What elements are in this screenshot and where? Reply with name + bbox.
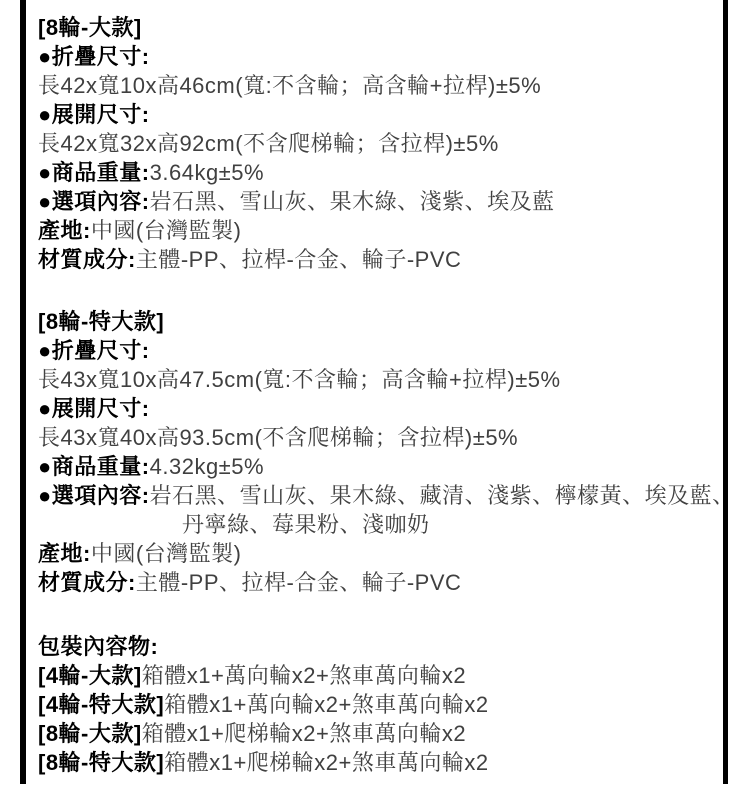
origin-row: 產地:中國(台灣監製) <box>38 539 710 568</box>
package-item-label: [4輪-大款] <box>38 663 142 688</box>
model-title: [8輪-特大款] <box>38 309 164 334</box>
material-label: 材質成分: <box>38 247 136 272</box>
package-item-row: [8輪-特大款]箱體x1+爬梯輪x2+煞車萬向輪x2 <box>38 748 710 777</box>
weight-label: ●商品重量: <box>38 454 150 479</box>
open-size-value: 長43x寬40x高93.5cm(不含爬梯輪；含拉桿)±5% <box>38 425 518 450</box>
origin-label: 產地: <box>38 218 91 243</box>
section-package-contents: 包裝內容物: [4輪-大款]箱體x1+萬向輪x2+煞車萬向輪x2 [4輪-特大款… <box>38 632 710 777</box>
model-title-row: [8輪-特大款] <box>38 307 710 336</box>
options-row: ●選項內容:岩石黑、雪山灰、果木綠、藏清、淺紫、檸檬黃、埃及藍、 <box>38 481 710 510</box>
fold-size-value: 長42x寬10x高46cm(寬:不含輪；高含輪+拉桿)±5% <box>38 73 541 98</box>
open-size-value-row: 長43x寬40x高93.5cm(不含爬梯輪；含拉桿)±5% <box>38 423 710 452</box>
material-value: 主體-PP、拉桿-合金、輪子-PVC <box>136 570 462 595</box>
package-item-value: 箱體x1+爬梯輪x2+煞車萬向輪x2 <box>164 750 488 775</box>
material-label: 材質成分: <box>38 570 136 595</box>
material-row: 材質成分:主體-PP、拉桿-合金、輪子-PVC <box>38 568 710 597</box>
section-8wheel-large: [8輪-大款] ●折疊尺寸: 長42x寬10x高46cm(寬:不含輪；高含輪+拉… <box>38 13 710 274</box>
fold-size-label-row: ●折疊尺寸: <box>38 336 710 365</box>
package-item-label: [8輪-大款] <box>38 721 142 746</box>
package-item-value: 箱體x1+爬梯輪x2+煞車萬向輪x2 <box>142 721 466 746</box>
options-continuation-row: 丹寧綠、莓果粉、淺咖奶 <box>38 510 710 539</box>
origin-row: 產地:中國(台灣監製) <box>38 216 710 245</box>
package-item-label: [4輪-特大款] <box>38 692 164 717</box>
origin-label: 產地: <box>38 541 91 566</box>
product-spec-panel: [8輪-大款] ●折疊尺寸: 長42x寬10x高46cm(寬:不含輪；高含輪+拉… <box>0 0 750 790</box>
open-size-value: 長42x寬32x高92cm(不含爬梯輪；含拉桿)±5% <box>38 131 499 156</box>
options-value-line2: 丹寧綠、莓果粉、淺咖奶 <box>182 512 430 537</box>
fold-size-value-row: 長43x寬10x高47.5cm(寬:不含輪；高含輪+拉桿)±5% <box>38 365 710 394</box>
model-title: [8輪-大款] <box>38 15 142 40</box>
weight-value: 4.32kg±5% <box>150 454 264 479</box>
package-item-label: [8輪-特大款] <box>38 750 164 775</box>
package-item-row: [4輪-大款]箱體x1+萬向輪x2+煞車萬向輪x2 <box>38 661 710 690</box>
package-item-row: [4輪-特大款]箱體x1+萬向輪x2+煞車萬向輪x2 <box>38 690 710 719</box>
options-row: ●選項內容:岩石黑、雪山灰、果木綠、淺紫、埃及藍 <box>38 187 710 216</box>
open-size-label-row: ●展開尺寸: <box>38 394 710 423</box>
spec-content: [8輪-大款] ●折疊尺寸: 長42x寬10x高46cm(寬:不含輪；高含輪+拉… <box>38 13 710 777</box>
package-title-row: 包裝內容物: <box>38 632 710 661</box>
panel-border-left <box>20 0 26 784</box>
fold-size-value: 長43x寬10x高47.5cm(寬:不含輪；高含輪+拉桿)±5% <box>38 367 561 392</box>
fold-size-label-row: ●折疊尺寸: <box>38 42 710 71</box>
weight-row: ●商品重量:3.64kg±5% <box>38 158 710 187</box>
fold-size-label: ●折疊尺寸: <box>38 338 150 363</box>
package-item-value: 箱體x1+萬向輪x2+煞車萬向輪x2 <box>142 663 466 688</box>
package-title: 包裝內容物: <box>38 634 158 659</box>
options-value-line1: 岩石黑、雪山灰、果木綠、藏清、淺紫、檸檬黃、埃及藍、 <box>150 483 735 508</box>
open-size-label: ●展開尺寸: <box>38 102 150 127</box>
options-label: ●選項內容: <box>38 483 150 508</box>
open-size-value-row: 長42x寬32x高92cm(不含爬梯輪；含拉桿)±5% <box>38 129 710 158</box>
origin-value: 中國(台灣監製) <box>91 541 242 566</box>
package-item-row: [8輪-大款]箱體x1+爬梯輪x2+煞車萬向輪x2 <box>38 719 710 748</box>
fold-size-label: ●折疊尺寸: <box>38 44 150 69</box>
panel-border-right <box>723 0 728 784</box>
weight-row: ●商品重量:4.32kg±5% <box>38 452 710 481</box>
package-item-value: 箱體x1+萬向輪x2+煞車萬向輪x2 <box>164 692 488 717</box>
material-value: 主體-PP、拉桿-合金、輪子-PVC <box>136 247 462 272</box>
model-title-row: [8輪-大款] <box>38 13 710 42</box>
fold-size-value-row: 長42x寬10x高46cm(寬:不含輪；高含輪+拉桿)±5% <box>38 71 710 100</box>
weight-label: ●商品重量: <box>38 160 150 185</box>
section-8wheel-xlarge: [8輪-特大款] ●折疊尺寸: 長43x寬10x高47.5cm(寬:不含輪；高含… <box>38 307 710 597</box>
open-size-label-row: ●展開尺寸: <box>38 100 710 129</box>
options-label: ●選項內容: <box>38 189 150 214</box>
weight-value: 3.64kg±5% <box>150 160 264 185</box>
open-size-label: ●展開尺寸: <box>38 396 150 421</box>
material-row: 材質成分:主體-PP、拉桿-合金、輪子-PVC <box>38 245 710 274</box>
options-value: 岩石黑、雪山灰、果木綠、淺紫、埃及藍 <box>150 189 555 214</box>
origin-value: 中國(台灣監製) <box>91 218 242 243</box>
